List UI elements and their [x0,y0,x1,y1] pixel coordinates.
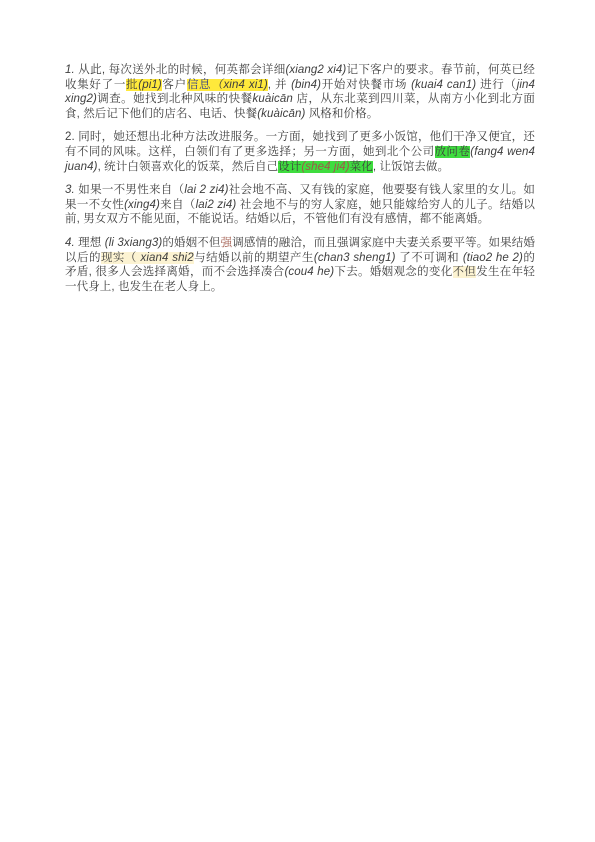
text-run: (chan3 sheng1) [314,252,396,264]
text-run: 下去。婚姻观念的变化 [334,266,452,278]
text-run: (xiang2 xi4) [286,64,347,76]
text-run: , 统计白领喜欢化的饭菜，然后自己 [98,161,279,173]
paragraph: 3. 如果一不男性来自（lai 2 zi4)社会地不高、又有钱的家庭，他要娶有钱… [65,183,535,227]
highlighted-text: 菜化 [350,161,373,173]
paragraph: 2. 同时，她还想出北种方法改进服务。一方面，她找到了更多小饭馆，他们干净又便宜… [65,130,535,174]
text-run: , 并 [268,79,291,91]
text-run: 的婚姻不但 [162,237,220,249]
highlighted-text: 设计 [278,161,301,173]
text-run: 风格和价格。 [305,108,378,120]
highlighted-text: 不但 [453,266,477,278]
highlighted-text: (she4 ji4) [301,161,349,173]
text-run: (cou4 he) [284,266,334,278]
highlighted-text: xian4 shi2 [137,252,194,264]
text-run: 调查。她找到北种风味的快餐 [97,93,253,105]
text-run: kuàicān [253,93,293,105]
highlighted-text: （xin4 xi1) [211,79,268,91]
text-run: 理想 [78,237,105,249]
text-run: (bin4) [291,79,321,91]
paragraph: 1. 从此, 每次送外北的时候，何英都会详细(xiang2 xi4)记下客户的要… [65,63,535,121]
text-run: 进行（ [476,79,517,91]
text-run: lai2 zi4) [196,199,237,211]
text-run: (kuai4 can1) [411,79,476,91]
text-run: 4. [65,237,78,249]
text-run: 与结婚以前的期望产生 [194,252,314,264]
text-run: , 让饭馆去做。 [373,161,449,173]
highlighted-text: 信息 [187,79,211,91]
text-run: (xing4) [124,199,160,211]
text-run: 如果一不男性来自（ [78,184,184,196]
text-run: 从此, 每次送外北的时候，何英都会详细 [78,64,285,76]
text-run: 强 [221,237,233,249]
text-run: lai 2 zi4) [184,184,228,196]
highlighted-text: 批 [126,79,138,91]
text-run: 了不可调和 [396,252,463,264]
paragraph: 4. 理想 (li 3xiang3)的婚姻不但强调感情的融洽，而且强调家庭中夫妻… [65,236,535,294]
highlighted-text: (pi1) [138,79,162,91]
text-run: 来自（ [160,199,196,211]
text-run: 客户 [162,79,187,91]
highlighted-text: 现实（ [101,252,137,264]
highlighted-text: 放问卷 [435,146,471,158]
text-run: (tiao2 he 2) [463,252,523,264]
text-run: 开始对快餐市场 [321,79,411,91]
document-page: 1. 从此, 每次送外北的时候，何英都会详细(xiang2 xi4)记下客户的要… [0,0,595,842]
text-run: (kuàicān) [257,108,305,120]
text-run: (li 3xiang3) [105,237,163,249]
text-run: 3. [65,184,78,196]
text-run: 1. [65,64,78,76]
document-text: 1. 从此, 每次送外北的时候，何英都会详细(xiang2 xi4)记下客户的要… [65,63,535,303]
